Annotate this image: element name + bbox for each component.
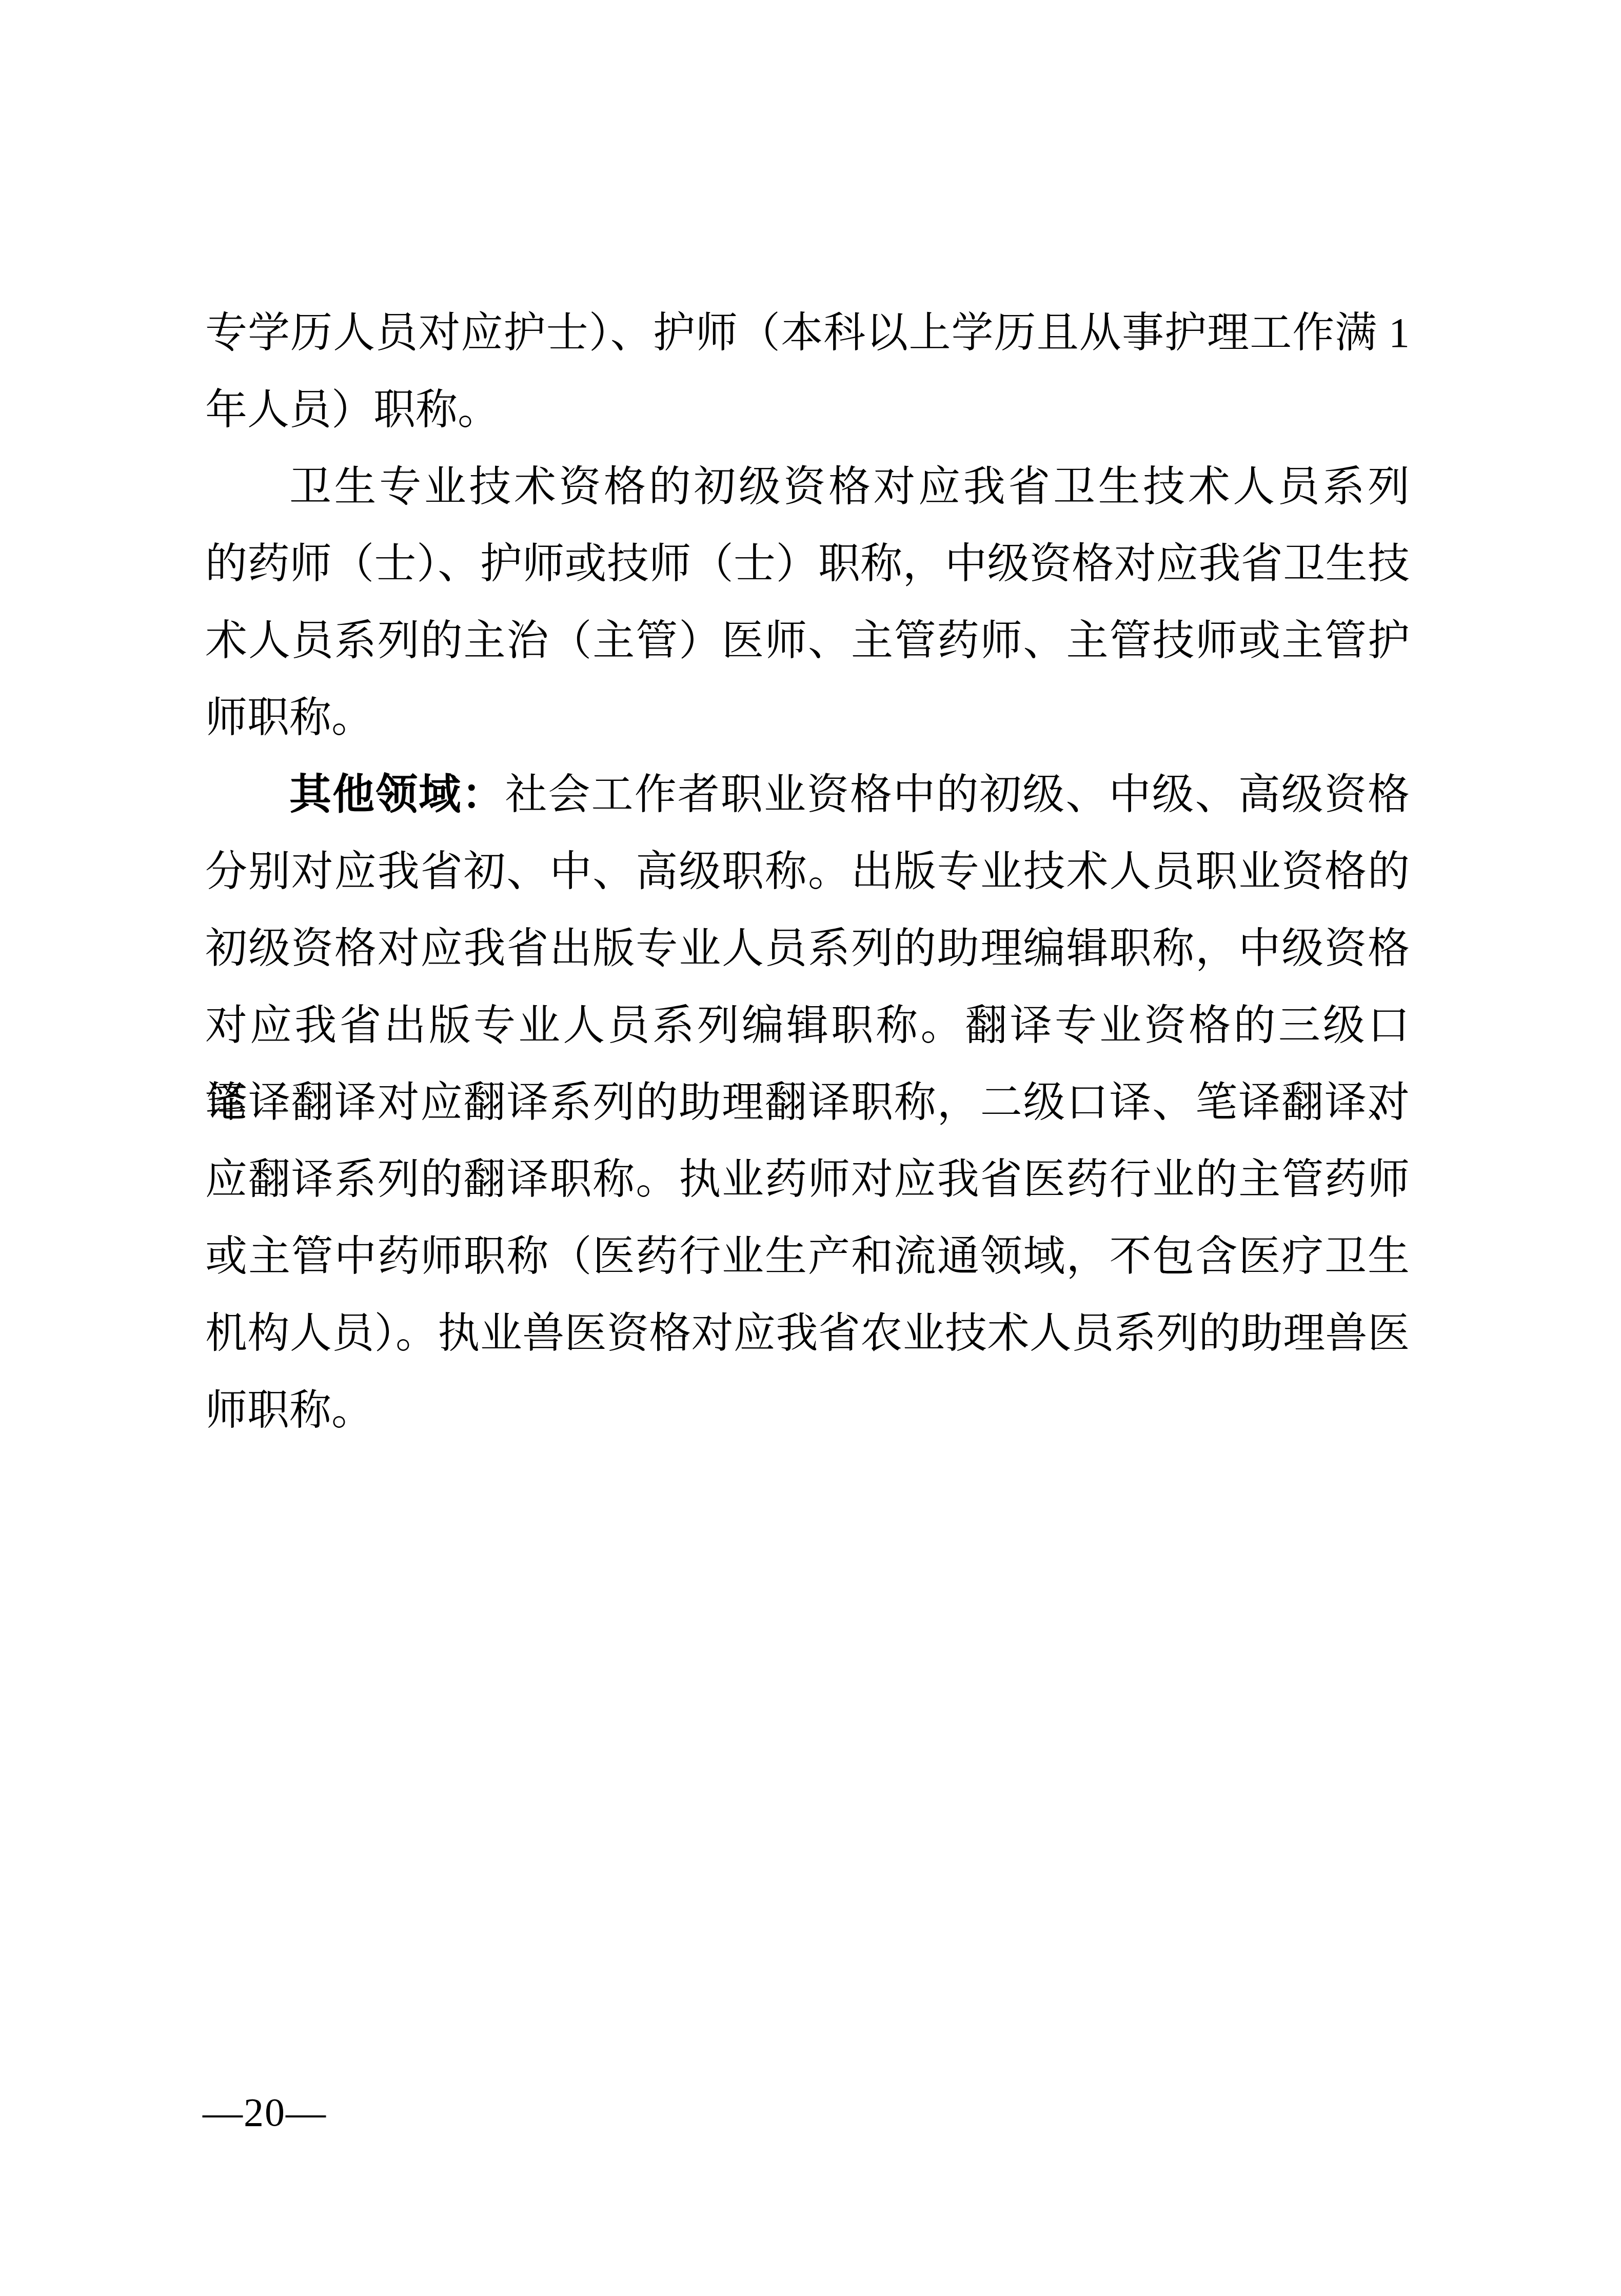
text-block: 专学历人员对应护士）、护师（本科以上学历且从事护理工作满 1年人员）职称。卫生专… <box>205 295 1410 1449</box>
text-line-p2-4: 师职称。 <box>205 679 1410 756</box>
text-line-p3-2: 分别对应我省初、中、高级职称。出版专业技术人员职业资格的 <box>205 833 1410 910</box>
text-line-p1-2: 年人员）职称。 <box>205 371 1410 448</box>
text-line-p3-9: 师职称。 <box>205 1372 1410 1449</box>
text-line-p3-4: 对应我省出版专业人员系列编辑职称。翻译专业资格的三级口译、 <box>205 987 1410 1064</box>
text-line-p3-7: 或主管中药师职称（医药行业生产和流通领域，不包含医疗卫生 <box>205 1218 1410 1295</box>
text-line-p2-2: 的药师（士）、护师或技师（士）职称，中级资格对应我省卫生技 <box>205 525 1410 602</box>
paragraph-lead-bold: 其他领域： <box>289 771 505 818</box>
text-line-p1-1: 专学历人员对应护士）、护师（本科以上学历且从事护理工作满 1 <box>205 295 1410 371</box>
text-line-p2-1: 卫生专业技术资格的初级资格对应我省卫生技术人员系列 <box>205 448 1410 525</box>
document-page: 专学历人员对应护士）、护师（本科以上学历且从事护理工作满 1年人员）职称。卫生专… <box>0 0 1621 2296</box>
page-number: —20— <box>203 2092 327 2132</box>
text-line-p2-3: 术人员系列的主治（主管）医师、主管药师、主管技师或主管护 <box>205 602 1410 679</box>
text-line-p3-6: 应翻译系列的翻译职称。执业药师对应我省医药行业的主管药师 <box>205 1141 1410 1218</box>
text-line-p3-5: 笔译翻译对应翻译系列的助理翻译职称，二级口译、笔译翻译对 <box>205 1064 1410 1141</box>
text-line-p3-3: 初级资格对应我省出版专业人员系列的助理编辑职称，中级资格 <box>205 910 1410 987</box>
text-line-p3-1: 其他领域：社会工作者职业资格中的初级、中级、高级资格 <box>205 756 1410 833</box>
text-line-p3-8: 机构人员）。执业兽医资格对应我省农业技术人员系列的助理兽医 <box>205 1295 1410 1372</box>
